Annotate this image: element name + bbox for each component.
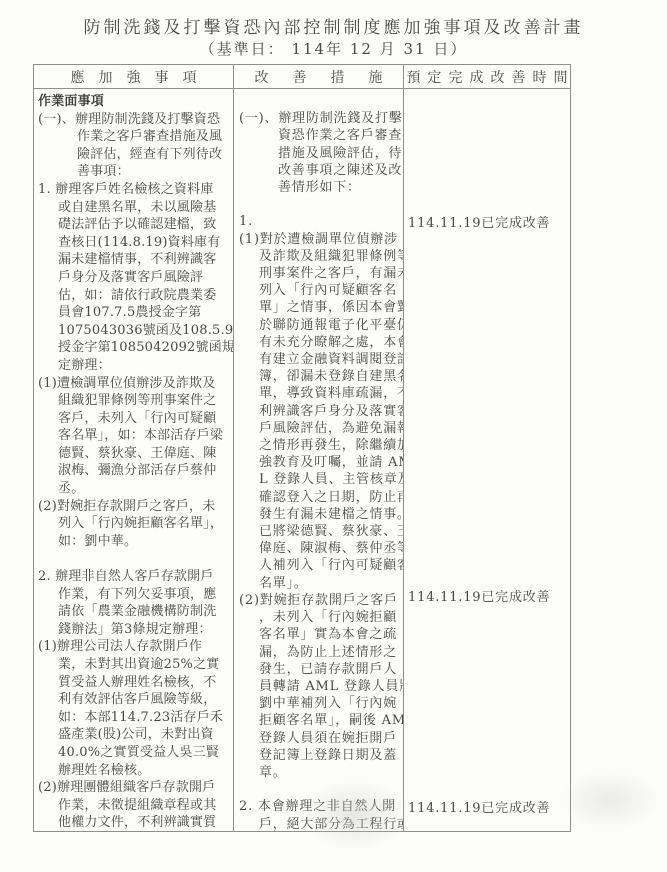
text-line: 戶，絕大部分為工程行或 (239, 816, 403, 832)
text-line: 發生，已請存款開戶人 (239, 661, 403, 678)
document-subtitle: （基準日： 114年 12 月 31 日） (0, 39, 667, 59)
text-line: 作業面事項 (38, 93, 232, 111)
text-line: 德賢、蔡狄豪、王偉庭、陳 (38, 445, 232, 463)
text-line: 登記簿上登錄日期及蓋 (239, 747, 403, 764)
text-line: 作業之客戶審查措施及風 (38, 128, 232, 146)
text-line (239, 93, 403, 110)
text-line: 作業，有下列欠妥事項，應 (38, 586, 232, 604)
text-line: 如：本部114.7.23活存戶禾 (38, 709, 232, 727)
text-line: (2)辦理團體組織客戶存款開戶 (38, 779, 232, 797)
scanned-document-page: { "title": "防制洗錢及打擊資恐內部控制制度應加強事項及改善計畫", … (0, 0, 667, 872)
completion-time-entry: 114.11.19已完成改善 (408, 797, 550, 816)
text-line: 作業，未徵提組織章程或其 (38, 797, 232, 815)
text-line: 已將梁德賢、蔡狄豪、王 (239, 523, 403, 540)
table-body-row: 作業面事項(一)、辦理防制洗錢及打擊資恐作業之客戶審查措施及風險評估，經查有下列… (34, 89, 570, 832)
text-line: 業，未對其出資逾25%之實 (38, 656, 232, 674)
text-line: 單，導致資料庫疏漏，不 (239, 385, 403, 402)
text-line: (一)、辦理防制洗錢及打擊資恐 (38, 111, 232, 129)
text-line: (2)對婉拒存款開戶之客戶 (239, 592, 403, 609)
text-line: (一)、辦理防制洗錢及打擊 (239, 110, 403, 127)
text-line: 人補列入「行內可疑顧客 (239, 557, 403, 574)
table-header-row: 應加強事項 改善措施 預定完成改善時間 (34, 65, 570, 89)
text-line: 強教育及叮囑，並請 AM (239, 454, 403, 471)
column-items-to-strengthen: 作業面事項(一)、辦理防制洗錢及打擊資恐作業之客戶審查措施及風險評估，經查有下列… (34, 89, 234, 832)
text-line: 列入「行內婉拒顧客名單」， (38, 515, 232, 533)
text-line: 客戶，未列入「行內可疑顧 (38, 410, 232, 428)
text-line: 1. 辦理客戶姓名檢核之資料庫 (38, 181, 232, 199)
completion-time-entry: 114.11.19已完成改善 (408, 586, 550, 605)
text-line (239, 781, 403, 798)
text-line: L 登錄人員、主管核章及 (239, 471, 403, 488)
text-line: 組織犯罪條例等刑事案件之 (38, 392, 232, 410)
completion-time-entry: 114.11.19已完成改善 (408, 212, 550, 231)
text-line: ，未列入「行內婉拒顧 (239, 609, 403, 626)
text-line: 他權力文件，不利辨識實質 (38, 814, 232, 832)
text-line: 或自建黑名單，未以風險基 (38, 199, 232, 217)
text-line: 2. 辦理非自然人客戶存款開戶 (38, 568, 232, 586)
text-line: 有建立金融資料調閱登記 (239, 351, 403, 368)
text-line: 戶身分及落實客戶風險評 (38, 269, 232, 287)
text-line (38, 550, 232, 568)
text-line: 利有效評估客戶風險等級， (38, 691, 232, 709)
text-line: 定辦理： (38, 357, 232, 375)
text-line: 丞。 (38, 480, 232, 498)
text-line: 劉中華補列入「行內婉 (239, 695, 403, 712)
text-line: 2. 本會辦理之非自然人開 (239, 798, 403, 815)
text-line: 40.0%之實質受益人吳三賢 (38, 744, 232, 762)
text-line: 列入「行內可疑顧客名 (239, 282, 403, 299)
text-line: 請依「農業金融機構防制洗 (38, 603, 232, 621)
text-line: 質受益人辦理姓名檢核，不 (38, 674, 232, 692)
text-line: 礎法評估予以確認建檔，致 (38, 216, 232, 234)
text-line: 單」之情事，係因本會對 (239, 299, 403, 316)
text-line: 1. (239, 213, 403, 230)
text-line: 1075043036號函及108.5.9農 (38, 322, 232, 340)
text-line: 險評估，經查有下列待改 (38, 146, 232, 164)
text-line: 改善事項之陳述及改 (239, 162, 403, 179)
text-line: 漏，為防止上述情形之 (239, 644, 403, 661)
header-items-to-strengthen: 應加強事項 (34, 65, 234, 88)
text-line: 登錄人員須在婉拒開戶 (239, 730, 403, 747)
text-line: 措施及風險評估，待 (239, 145, 403, 162)
text-line: 漏未建檔情事，不利辨識客 (38, 251, 232, 269)
text-line: 之情形再發生，除繼續加 (239, 437, 403, 454)
text-line: 善事項： (38, 163, 232, 181)
text-line: 發生有漏未建檔之情事。 (239, 506, 403, 523)
text-line: 章。 (239, 764, 403, 781)
text-line: 查核日(114.8.19)資料庫有 (38, 234, 232, 252)
text-line: 錢辦法」第3條規定辦理： (38, 621, 232, 639)
text-line: 拒顧客名單」，嗣後 AML (239, 712, 403, 729)
text-line: 偉庭、陳淑梅、蔡仲丞等 (239, 540, 403, 557)
text-line: 於聯防通報電子化平臺仍 (239, 317, 403, 334)
text-line: 員會107.7.5農授金字第 (38, 304, 232, 322)
text-line: (1)遭檢調單位偵辦涉及詐欺及 (38, 375, 232, 393)
text-line: 辦理姓名檢核。 (38, 762, 232, 780)
text-line (239, 196, 403, 213)
header-scheduled-completion-time: 預定完成改善時間 (404, 65, 570, 88)
text-line: 及詐欺及組織犯罪條例等 (239, 248, 403, 265)
text-line: 如：劉中華。 (38, 533, 232, 551)
text-line: 名單」。 (239, 575, 403, 592)
text-line: 客名單」實為本會之疏 (239, 626, 403, 643)
text-line: 有未充分瞭解之處，本會 (239, 334, 403, 351)
text-line: 淑梅、彌漁分部活存戶蔡仲 (38, 462, 232, 480)
text-line: 員轉請 AML 登錄人員將 (239, 678, 403, 695)
text-line: (1)對於遭檢調單位偵辦涉 (239, 231, 403, 248)
text-line: 善情形如下： (239, 179, 403, 196)
header-improvement-measures: 改善措施 (234, 65, 404, 88)
text-line: 客名單」，如：本部活存戶梁 (38, 427, 232, 445)
text-line: 確認登入之日期，防止再 (239, 489, 403, 506)
text-line: 刑事案件之客戶，有漏未 (239, 265, 403, 282)
text-line: (1)辦理公司法人存款開戶作 (38, 638, 232, 656)
scan-smudge (560, 770, 660, 830)
column-improvement-measures: (一)、辦理防制洗錢及打擊資恐作業之客戶審查措施及風險評估，待改善事項之陳述及改… (234, 89, 404, 832)
text-line: 資恐作業之客戶審查 (239, 127, 403, 144)
text-line: 估，如：請依行政院農業委 (38, 287, 232, 305)
improvement-plan-table: 應加強事項 改善措施 預定完成改善時間 作業面事項(一)、辦理防制洗錢及打擊資恐… (33, 64, 571, 832)
text-line: 盛產業(股)公司，未對出資 (38, 726, 232, 744)
text-line: 戶風險評估，為避免漏報 (239, 420, 403, 437)
column-completion-time: 114.11.19已完成改善114.11.19已完成改善114.11.19已完成… (404, 89, 570, 832)
text-line: 利辨識客戶身分及落實客 (239, 403, 403, 420)
document-title: 防制洗錢及打擊資恐內部控制制度應加強事項及改善計畫 (0, 17, 667, 39)
text-line: (2)對婉拒存款開戶之客戶，未 (38, 498, 232, 516)
text-line: 簿，卻漏未登錄自建黑名 (239, 368, 403, 385)
text-line: 授金字第1085042092號函規 (38, 339, 232, 357)
